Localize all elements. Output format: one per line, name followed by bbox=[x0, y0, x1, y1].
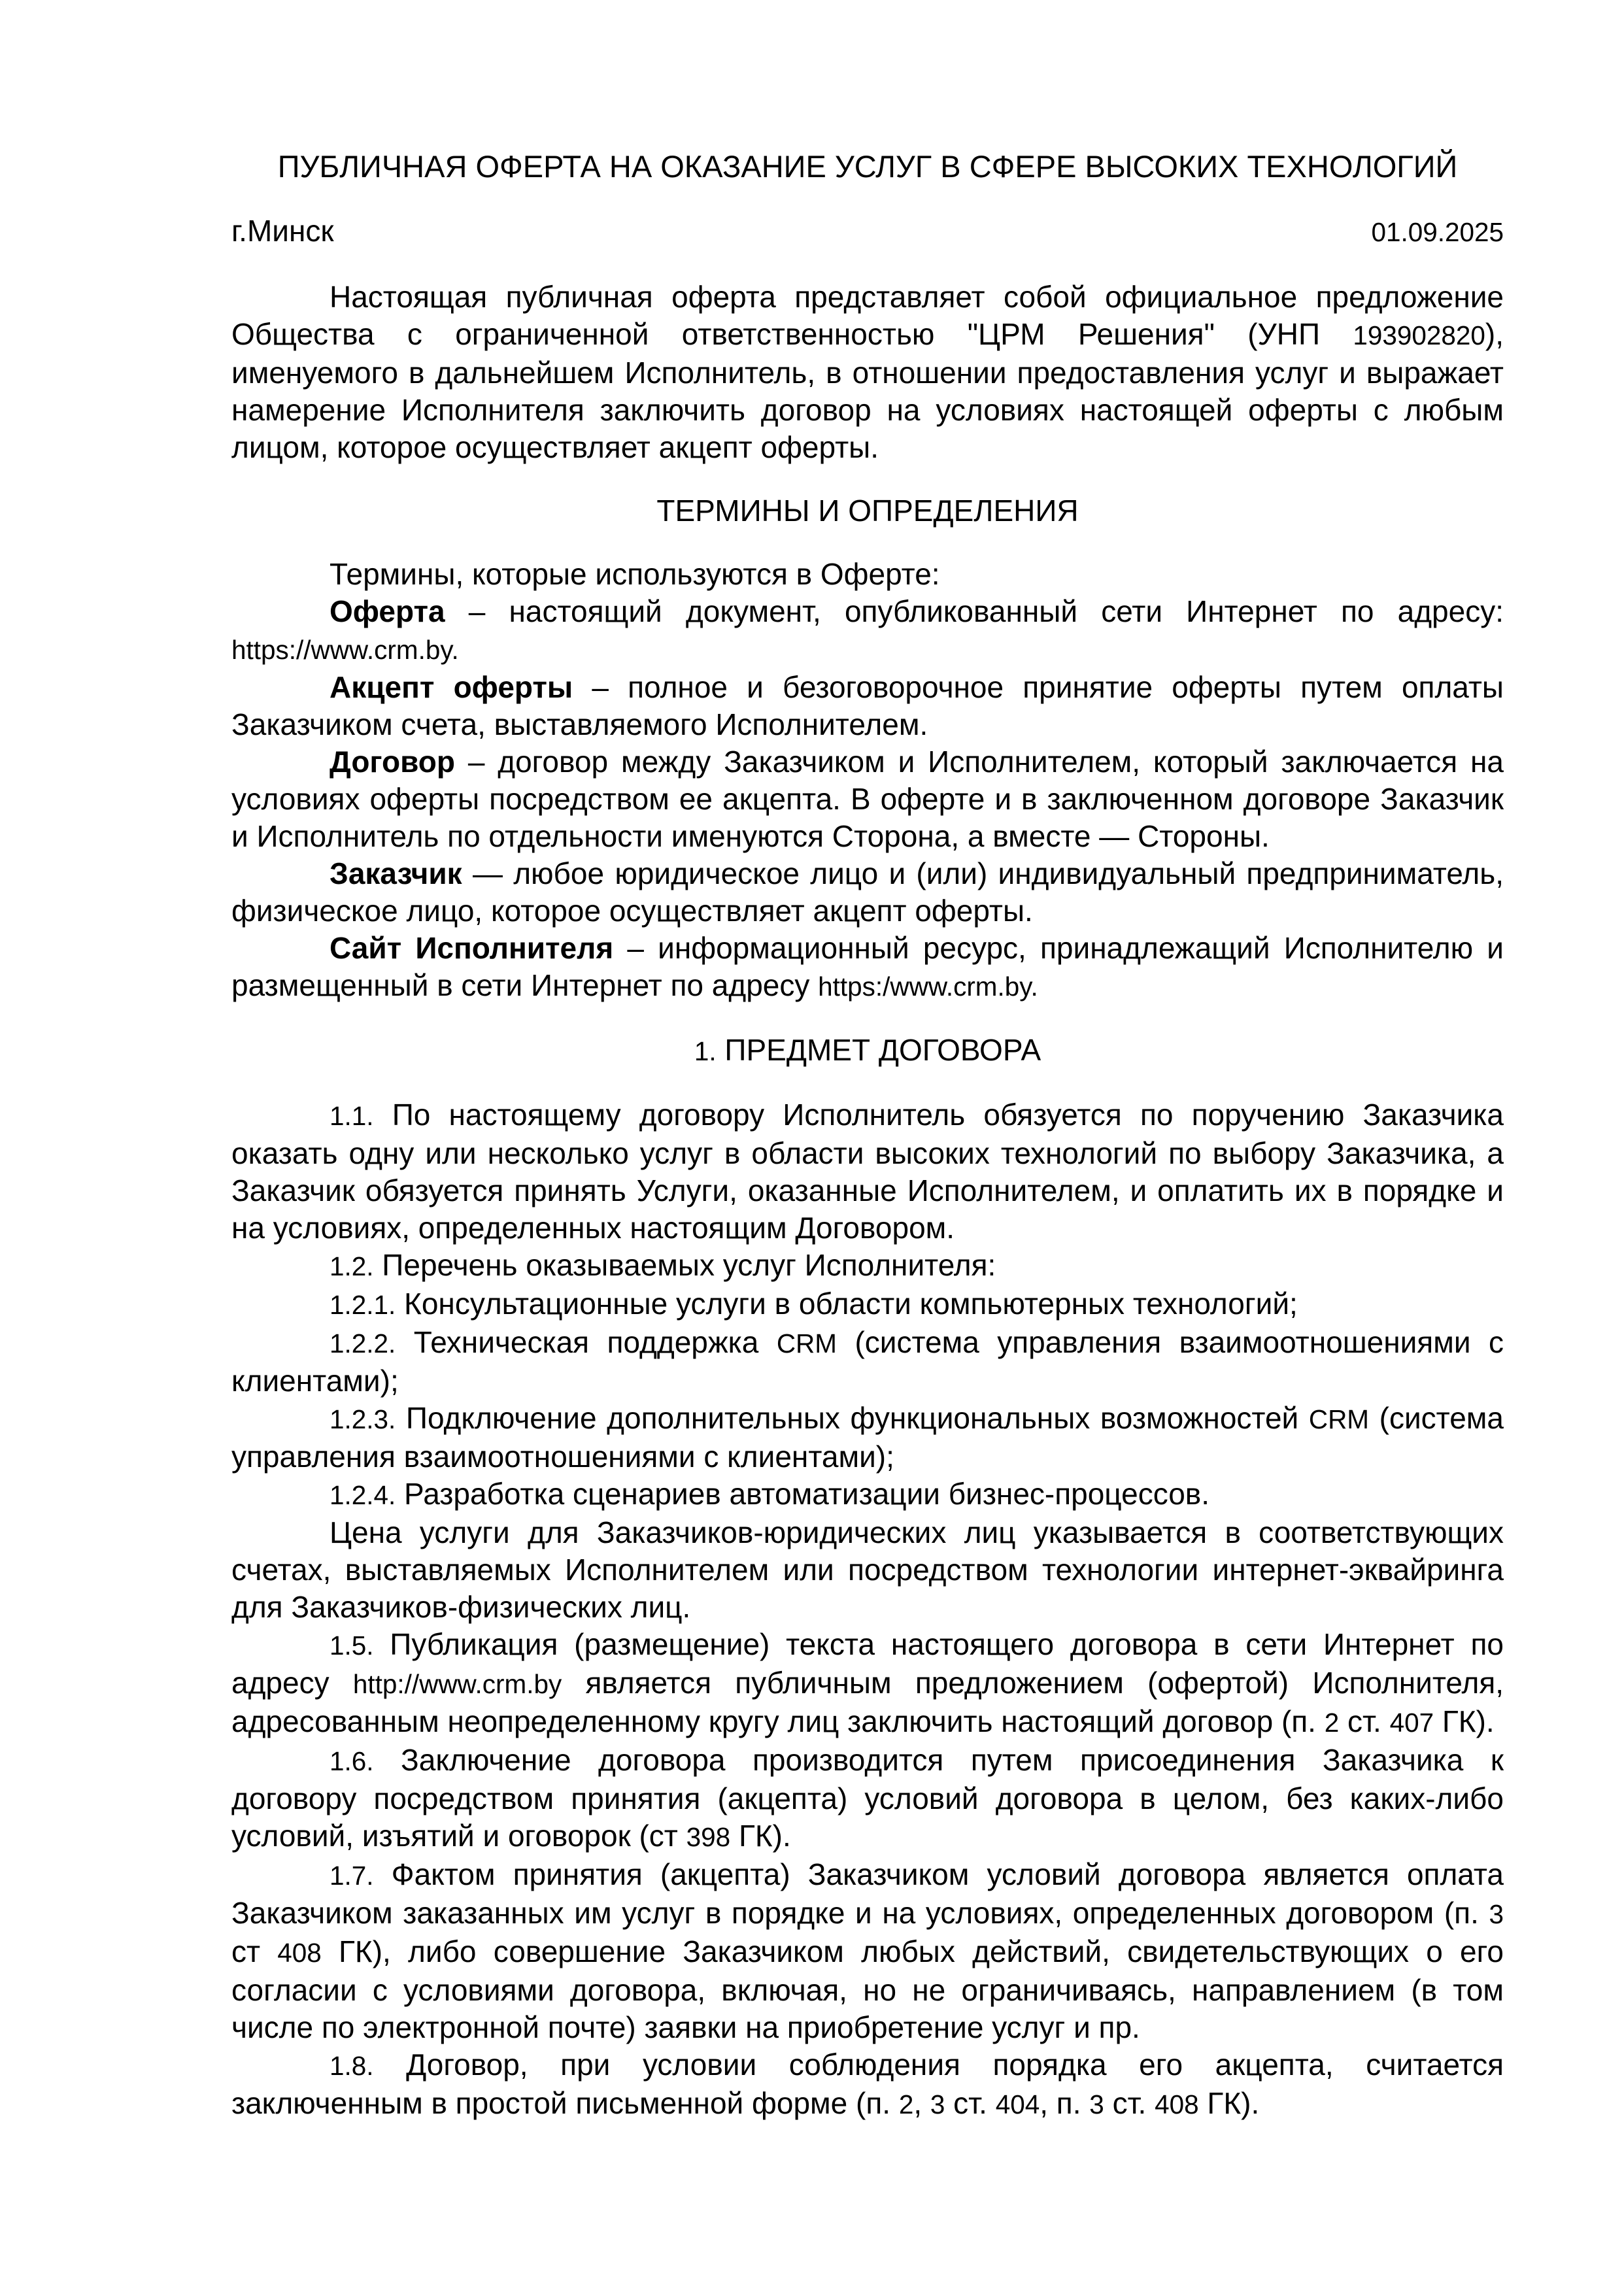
contract-clause: Цена услуги для Заказчиков-юридических л… bbox=[231, 1514, 1504, 1626]
document-title: ПУБЛИЧНАЯ ОФЕРТА НА ОКАЗАНИЕ УСЛУГ В СФЕ… bbox=[231, 148, 1504, 185]
contract-clause: 1.2. Перечень оказываемых услуг Исполнит… bbox=[231, 1247, 1504, 1285]
contract-clause: 1.2.3. Подключение дополнительных функци… bbox=[231, 1400, 1504, 1476]
latin-text-run: 1.2. bbox=[330, 1251, 374, 1281]
latin-text-run: 3 bbox=[1089, 2089, 1104, 2119]
term-definition: Сайт Исполнителя – информационный ресурс… bbox=[231, 930, 1504, 1005]
latin-text-run: 398 bbox=[686, 1822, 731, 1852]
latin-text-run: 1.2.2. bbox=[330, 1328, 396, 1358]
city-label: г.Минск bbox=[231, 212, 334, 250]
latin-text-run: 3 bbox=[1489, 1899, 1504, 1929]
latin-text-run: 1.2.4. bbox=[330, 1480, 396, 1510]
subject-heading: 1. ПРЕДМЕТ ДОГОВОРА bbox=[231, 1032, 1504, 1070]
contract-clause: 1.5. Публикация (размещение) текста наст… bbox=[231, 1626, 1504, 1742]
latin-text-run: 1.2.3. bbox=[330, 1404, 396, 1434]
intro-paragraph: Настоящая публичная оферта представляет … bbox=[231, 278, 1504, 466]
latin-text-run: 408 bbox=[277, 1938, 322, 1968]
latin-text-run: 1.5. bbox=[330, 1630, 374, 1661]
latin-text-run: 1. bbox=[694, 1036, 717, 1066]
term-definition: Акцепт оферты – полное и безоговорочное … bbox=[231, 669, 1504, 743]
latin-text-run: 01.09.2025 bbox=[1371, 217, 1504, 247]
latin-text-run: 193902820 bbox=[1353, 320, 1485, 350]
document-page: ПУБЛИЧНАЯ ОФЕРТА НА ОКАЗАНИЕ УСЛУГ В СФЕ… bbox=[0, 0, 1624, 2294]
contract-clause: 1.8. Договор, при условии соблюдения пор… bbox=[231, 2046, 1504, 2123]
latin-text-run: CRM bbox=[1309, 1404, 1369, 1434]
city-date-row: г.Минск 01.09.2025 bbox=[231, 212, 1504, 251]
latin-text-run: 2 bbox=[1325, 1708, 1340, 1738]
latin-text-run: http://www.crm.by bbox=[353, 1669, 562, 1699]
latin-text-run: https://www.crm.by. bbox=[231, 635, 459, 665]
latin-text-run: 408 bbox=[1155, 2089, 1199, 2119]
date-label: 01.09.2025 bbox=[1371, 212, 1504, 251]
contract-clause: 1.2.4. Разработка сценариев автоматизаци… bbox=[231, 1476, 1504, 1514]
term-name: Заказчик bbox=[330, 856, 462, 890]
latin-text-run: 1.1. bbox=[330, 1101, 374, 1131]
term-definition: Договор – договор между Заказчиком и Исп… bbox=[231, 743, 1504, 855]
term-name: Договор bbox=[330, 745, 455, 779]
contract-clause: 1.6. Заключение договора производится пу… bbox=[231, 1742, 1504, 1856]
latin-text-run: https:/www.crm.by. bbox=[818, 971, 1038, 1002]
latin-text-run: 1.2.1. bbox=[330, 1290, 396, 1320]
terms-lead: Термины, которые используются в Оферте: bbox=[231, 556, 1504, 593]
term-definition: Оферта – настоящий документ, опубликован… bbox=[231, 593, 1504, 669]
term-name: Акцепт оферты bbox=[330, 670, 573, 704]
latin-text-run: 3 bbox=[930, 2089, 945, 2119]
contract-clause: 1.1. По настоящему договору Исполнитель … bbox=[231, 1096, 1504, 1247]
latin-text-run: 407 bbox=[1390, 1708, 1434, 1738]
latin-text-run: 404 bbox=[996, 2089, 1040, 2119]
term-definition: Заказчик — любое юридическое лицо и (или… bbox=[231, 855, 1504, 930]
contract-clause: 1.2.1. Консультационные услуги в области… bbox=[231, 1285, 1504, 1324]
term-name: Сайт Исполнителя bbox=[330, 931, 613, 965]
latin-text-run: 1.7. bbox=[330, 1861, 374, 1891]
latin-text-run: CRM bbox=[777, 1328, 837, 1358]
term-name: Оферта bbox=[330, 594, 445, 628]
latin-text-run: 1.8. bbox=[330, 2051, 374, 2081]
latin-text-run: 2 bbox=[899, 2089, 914, 2119]
contract-clause: 1.2.2. Техническая поддержка CRM (систем… bbox=[231, 1324, 1504, 1400]
terms-heading: ТЕРМИНЫ И ОПРЕДЕЛЕНИЯ bbox=[231, 492, 1504, 530]
latin-text-run: 1.6. bbox=[330, 1746, 374, 1776]
contract-clause: 1.7. Фактом принятия (акцепта) Заказчико… bbox=[231, 1856, 1504, 2046]
